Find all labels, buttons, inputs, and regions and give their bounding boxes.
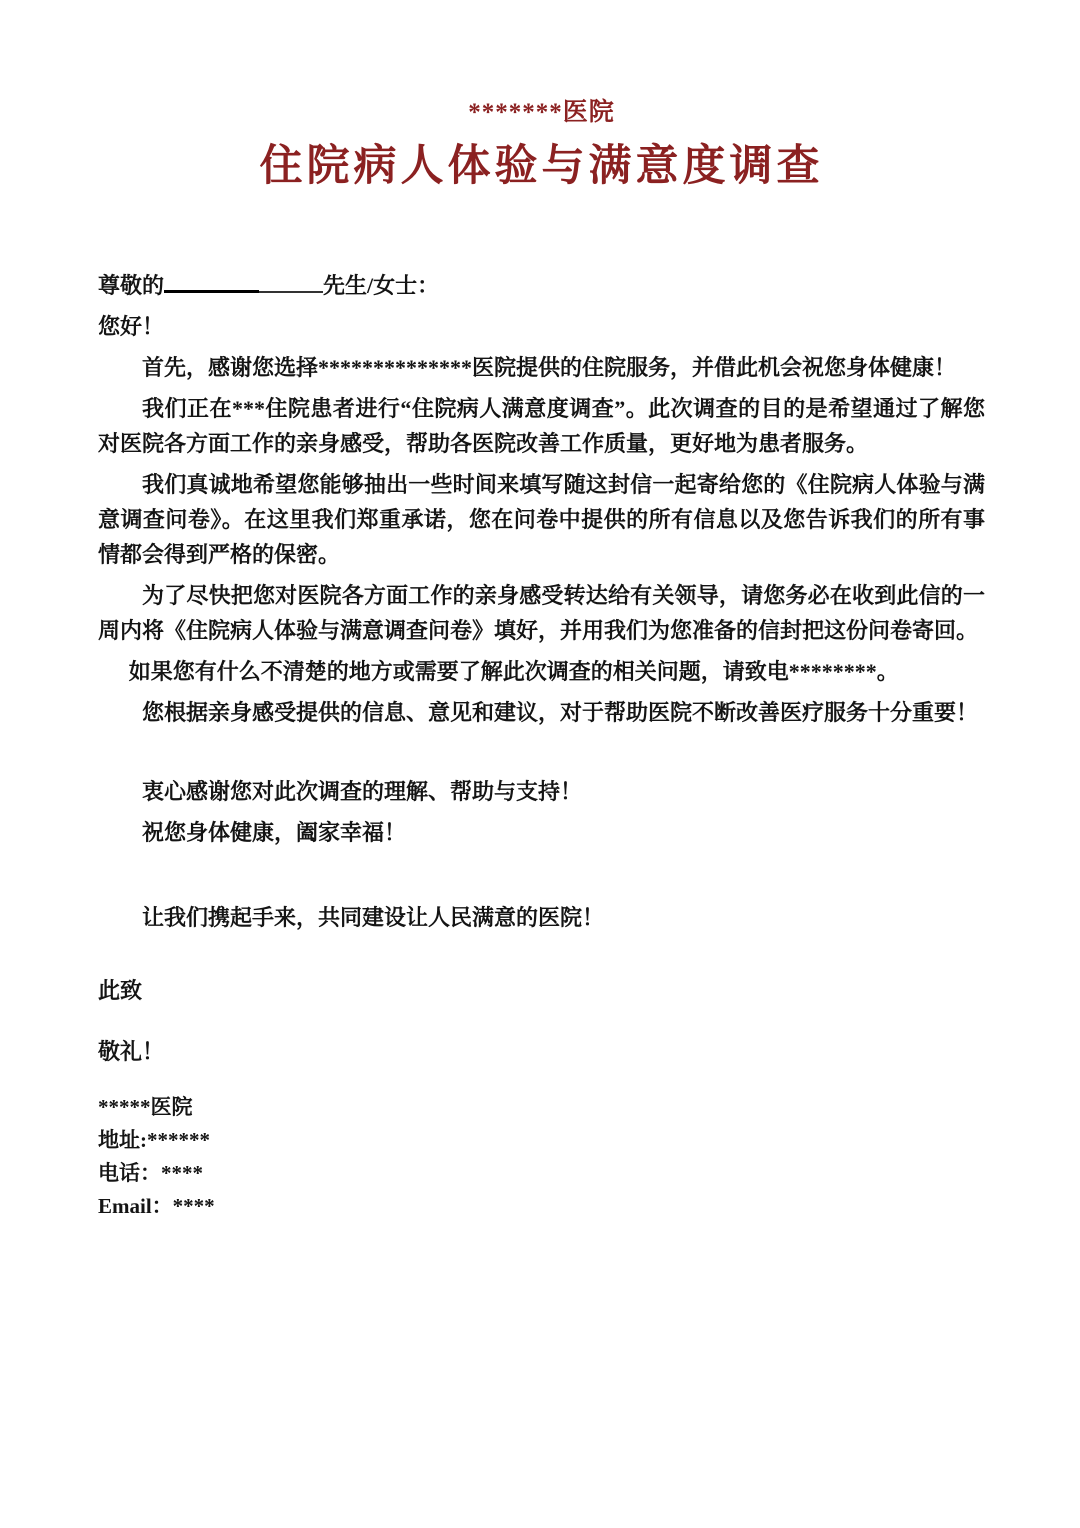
salutation-line: 尊敬的先生/女士： [98, 268, 985, 303]
salute-line: 敬礼！ [98, 1034, 985, 1069]
name-blank-segment-1 [164, 270, 259, 293]
sender-hospital: *****医院 [98, 1091, 985, 1124]
sender-email: Email：**** [98, 1190, 985, 1223]
salutation-prefix: 尊敬的 [98, 273, 164, 298]
paragraph-confidentiality: 我们真诚地希望您能够抽出一些时间来填写随这封信一起寄给您的《住院病人体验与满意调… [98, 467, 985, 572]
closing-wish-line: 祝您身体健康，阖家幸福！ [98, 815, 985, 850]
salute-intro-line: 此致 [98, 973, 985, 1008]
masked-hospital-name: *******医院 [98, 98, 985, 128]
sender-block: *****医院 地址:****** 电话：**** Email：**** [98, 1091, 985, 1223]
closing-thanks-line: 衷心感谢您对此次调查的理解、帮助与支持！ [98, 774, 985, 809]
name-blank [164, 268, 323, 288]
sender-address: 地址:****** [98, 1124, 985, 1157]
paragraph-thanks-for-choosing: 首先，感谢您选择**************医院提供的住院服务，并借此机会祝您身… [98, 350, 985, 385]
letter-page: *******医院 住院病人体验与满意度调查 尊敬的先生/女士： 您好！ 首先，… [0, 0, 1080, 1528]
greeting-line: 您好！ [98, 309, 985, 344]
paragraph-contact-phone: 如果您有什么不清楚的地方或需要了解此次调查的相关问题，请致电********。 [98, 654, 985, 689]
sender-phone: 电话：**** [98, 1157, 985, 1190]
name-blank-segment-2 [259, 269, 323, 293]
closing-slogan-line: 让我们携起手来，共同建设让人民满意的医院！ [98, 900, 985, 935]
letter-body: 尊敬的先生/女士： 您好！ 首先，感谢您选择**************医院提供… [98, 268, 985, 1223]
paragraph-survey-purpose: 我们正在***住院患者进行“住院病人满意度调查”。此次调查的目的是希望通过了解您… [98, 391, 985, 461]
salutation-suffix: 先生/女士： [323, 273, 439, 298]
document-title: 住院病人体验与满意度调查 [98, 138, 985, 196]
paragraph-feedback-importance: 您根据亲身感受提供的信息、意见和建议，对于帮助医院不断改善医疗服务十分重要！ [98, 695, 985, 730]
paragraph-return-instructions: 为了尽快把您对医院各方面工作的亲身感受转达给有关领导，请您务必在收到此信的一周内… [98, 578, 985, 648]
